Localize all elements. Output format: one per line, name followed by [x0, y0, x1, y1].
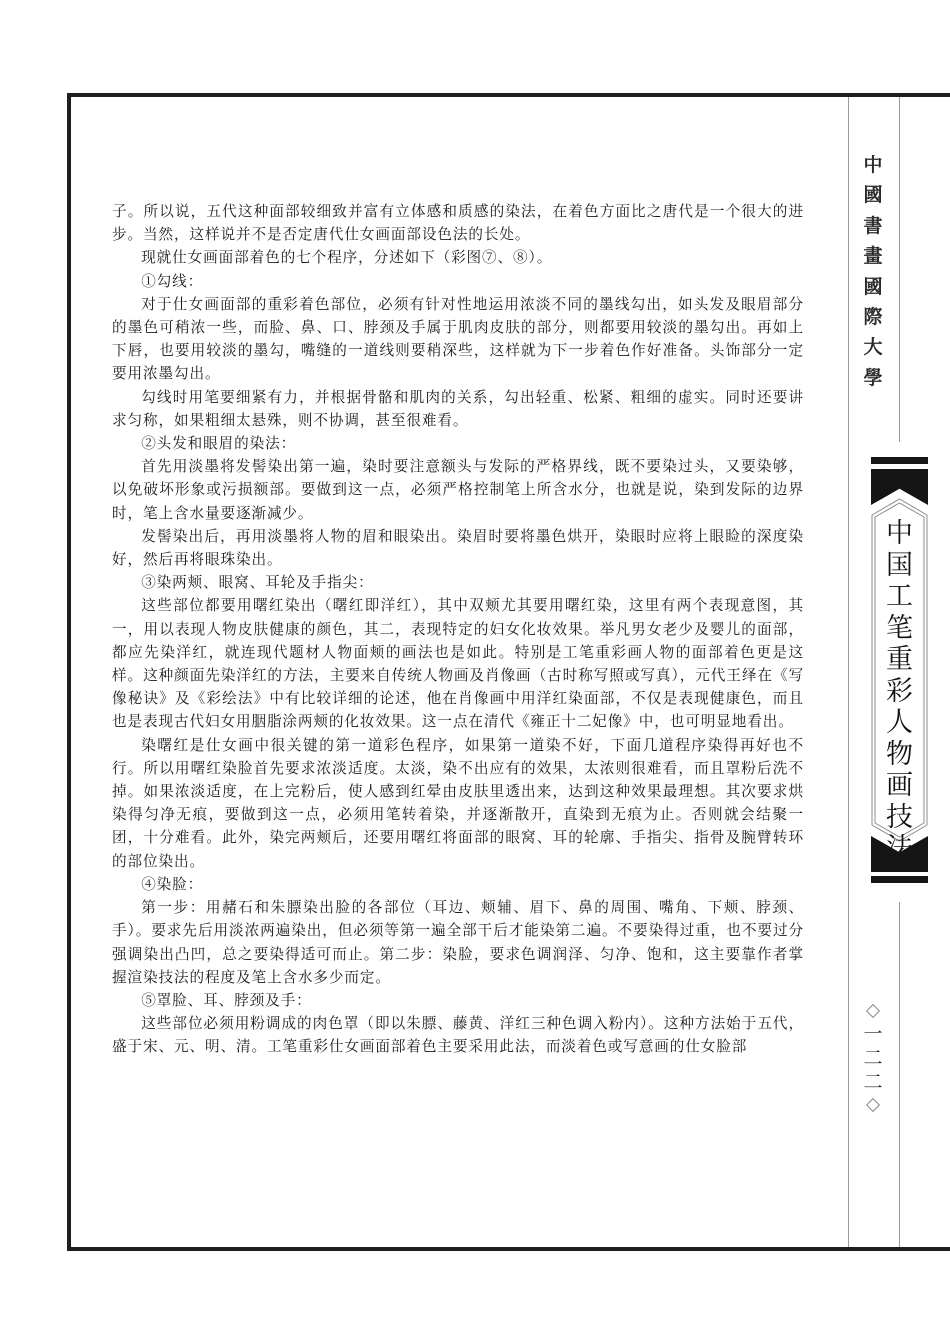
paragraph: 发髻染出后，再用淡墨将人物的眉和眼染出。染眉时要将墨色烘开，染眼时应将上眼睑的深… [112, 525, 804, 571]
book-title-char: 国 [871, 550, 928, 582]
section-heading: ⑤罩脸、耳、脖颈及手： [112, 989, 804, 1012]
publisher-char: 際 [858, 302, 888, 332]
section-heading: ②头发和眼眉的染法： [112, 432, 804, 455]
sidebar-divider-inner-bottom [899, 902, 900, 1247]
book-title-char: 物 [871, 739, 928, 771]
section-heading: ①勾线： [112, 270, 804, 293]
publisher-char: 大 [858, 332, 888, 362]
book-title-char: 技 [871, 802, 928, 834]
publisher-char: 國 [858, 272, 888, 302]
paragraph: 这些部位必须用粉调成的肉色罩（即以朱膘、藤黄、洋红三种色调入粉内）。这种方法始于… [112, 1012, 804, 1058]
paragraph: 子。所以说，五代这种面部较细致并富有立体感和质感的染法，在着色方面比之唐代是一个… [112, 200, 804, 246]
page-number: 一 二 二 [858, 1006, 888, 1110]
book-title-char: 人 [871, 707, 928, 739]
sidebar-divider-outer [848, 97, 849, 1247]
paragraph: 对于仕女画面部的重彩着色部位，必须有针对性地运用浓淡不同的墨线勾出，如头发及眼眉… [112, 293, 804, 386]
section-heading: ③染两颊、眼窝、耳轮及手指尖： [112, 571, 804, 594]
body-text: 子。所以说，五代这种面部较细致并富有立体感和质感的染法，在着色方面比之唐代是一个… [112, 200, 804, 1059]
publisher-char: 書 [858, 211, 888, 241]
paragraph: 首先用淡墨将发髻染出第一遍，染时要注意额头与发际的严格界线，既不要染过头，又要染… [112, 455, 804, 525]
book-title-char: 中 [871, 518, 928, 550]
paragraph: 现就仕女画面部着色的七个程序，分述如下（彩图⑦、⑧）。 [112, 246, 804, 269]
book-title-char: 重 [871, 644, 928, 676]
publisher-vertical-title: 中 國 書 畫 國 際 大 學 [858, 150, 888, 393]
publisher-char: 學 [858, 363, 888, 393]
paragraph: 勾线时用笔要细紧有力，并根据骨骼和肌肉的关系，勾出轻重、松紧、粗细的虚实。同时还… [112, 386, 804, 432]
publisher-char: 畫 [858, 241, 888, 271]
section-heading: ④染脸： [112, 873, 804, 896]
paragraph: 这些部位都要用曙红染出（曙红即洋红），其中双颊尤其要用曙红染，这里有两个表现意图… [112, 594, 804, 733]
paragraph: 染曙红是仕女画中很关键的第一道彩色程序，如果第一道染不好，下面几道程序染得再好也… [112, 734, 804, 873]
banner-bottom-bar [871, 876, 928, 883]
publisher-char: 國 [858, 180, 888, 210]
page-number-digits: 一 二 二 [858, 1022, 888, 1094]
publisher-char: 中 [858, 150, 888, 180]
diamond-icon [866, 1098, 880, 1112]
book-title-vertical: 中 国 工 笔 重 彩 人 物 画 技 法 [871, 518, 928, 865]
diamond-icon [866, 1004, 880, 1018]
book-title-char: 画 [871, 770, 928, 802]
banner-top-bar [871, 457, 928, 464]
sidebar-divider-inner-top [899, 97, 900, 442]
book-title-char: 笔 [871, 613, 928, 645]
paragraph: 第一步：用赭石和朱膘染出脸的各部位（耳边、颊辅、眉下、鼻的周围、嘴角、下颊、脖颈… [112, 896, 804, 989]
book-title-char: 彩 [871, 676, 928, 708]
book-title-char: 工 [871, 581, 928, 613]
